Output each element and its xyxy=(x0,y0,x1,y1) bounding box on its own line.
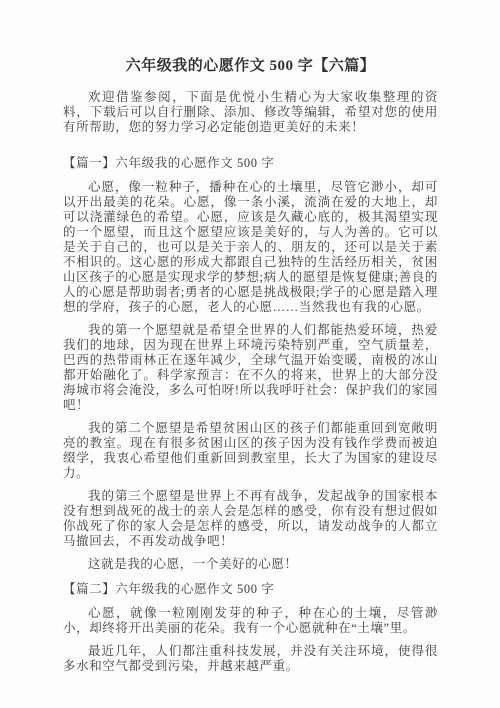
section-2-paragraph-1: 心愿，就像一粒刚刚发芽的种子，种在心的土壤，尽管渺小，却终将开出美丽的花朵。我有… xyxy=(63,606,438,636)
section-2-heading: 【篇二】六年级我的心愿作文 500 字 xyxy=(63,582,438,597)
section-1-heading: 【篇一】六年级我的心愿作文 500 字 xyxy=(63,156,438,171)
section-2-paragraph-2: 最近几年，人们都注重科技发展，并没有关注环境，使得很多水和空气都受到污染，并越来… xyxy=(63,644,438,674)
section-1-paragraph-5: 这就是我的心愿，一个美好的心愿！ xyxy=(63,557,438,572)
section-1-paragraph-1: 心愿，像一粒种子，播种在心的土壤里，尽管它渺小，却可以开出最美的花朵。心愿，像一… xyxy=(63,180,438,315)
section-1-paragraph-3: 我的第二个愿望是希望贫困山区的孩子们都能重回到宽敞明亮的教室。现在有很多贫困山区… xyxy=(63,421,438,481)
intro-paragraph: 欢迎借鉴参阅，下面是优悦小生精心为大家收集整理的资料，下载后可以自行删除、添加、… xyxy=(63,90,438,135)
document-page: 六年级我的心愿作文 500 字【六篇】 欢迎借鉴参阅，下面是优悦小生精心为大家收… xyxy=(0,0,500,708)
spacer xyxy=(63,143,438,146)
section-1-paragraph-2: 我的第一个愿望就是希望全世界的人们都能热爱环境，热爱我们的地球，因为现在世界上环… xyxy=(63,323,438,413)
document-title: 六年级我的心愿作文 500 字【六篇】 xyxy=(63,56,438,76)
section-1-paragraph-4: 我的第三个愿望是世界上不再有战争，发起战争的国家根本没有想到战死的战士的亲人会是… xyxy=(63,489,438,549)
